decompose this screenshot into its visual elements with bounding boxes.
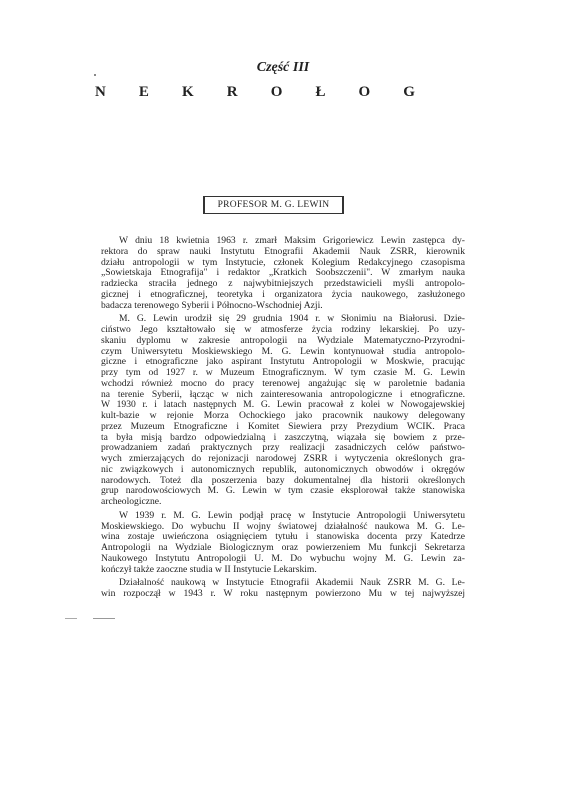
document-page: Część III N E K R O Ł O G PROFESOR M. G.… — [0, 0, 566, 800]
text-line: badacza terenowego Syberii i Północno-Ws… — [101, 301, 465, 312]
section-letter: R — [227, 84, 238, 101]
text-line: Naukowego Instytutu Antropologii U. M. D… — [101, 554, 465, 565]
paragraph-1: W dniu 18 kwietnia 1963 r. zmarł Maksim … — [101, 236, 465, 311]
section-letter: Ł — [315, 84, 325, 101]
section-letter: K — [182, 84, 194, 101]
text-line: skaniu dyplomu w zakresie antropologii n… — [101, 336, 465, 347]
scan-speck — [157, 590, 158, 593]
part-title: Część III — [0, 60, 566, 76]
paragraph-3: W 1939 r. M. G. Lewin podjął pracę w Ins… — [101, 511, 465, 576]
article-body: W dniu 18 kwietnia 1963 r. zmarł Maksim … — [101, 236, 465, 600]
text-line: gicznej i etnograficznej, teoretyka i or… — [101, 290, 465, 301]
text-line: rektora do spraw nauki Instytutu Etnogra… — [101, 247, 465, 258]
section-letter: O — [359, 84, 371, 101]
text-line: archeologiczne. — [101, 497, 465, 508]
article-heading: PROFESOR M. G. LEWIN — [203, 196, 344, 214]
section-letter: G — [403, 84, 415, 101]
scan-artifact-marks — [65, 618, 120, 620]
section-letter: O — [271, 84, 283, 101]
text-line: W 1939 r. M. G. Lewin podjął pracę w Ins… — [101, 511, 465, 522]
section-title-nekrolog: N E K R O Ł O G — [95, 84, 415, 101]
text-line: kończył także zaoczne studia w II Instyt… — [101, 565, 465, 576]
section-letter: E — [139, 84, 149, 101]
text-line: przez Muzeum Etnograficzne i Komitet Sie… — [101, 422, 465, 433]
section-letter: N — [95, 84, 106, 101]
paragraph-4: Działalność naukową w Instytucie Etnogra… — [101, 578, 465, 600]
text-line: win rozpoczął w 1943 r. W roku następnym… — [101, 589, 465, 600]
text-line: nic związkowych i autonomicznych republi… — [101, 465, 465, 476]
text-line: wchodzi również mocno do pracy terenowej… — [101, 379, 465, 390]
paragraph-2: M. G. Lewin urodził się 29 grudnia 1904 … — [101, 314, 465, 508]
